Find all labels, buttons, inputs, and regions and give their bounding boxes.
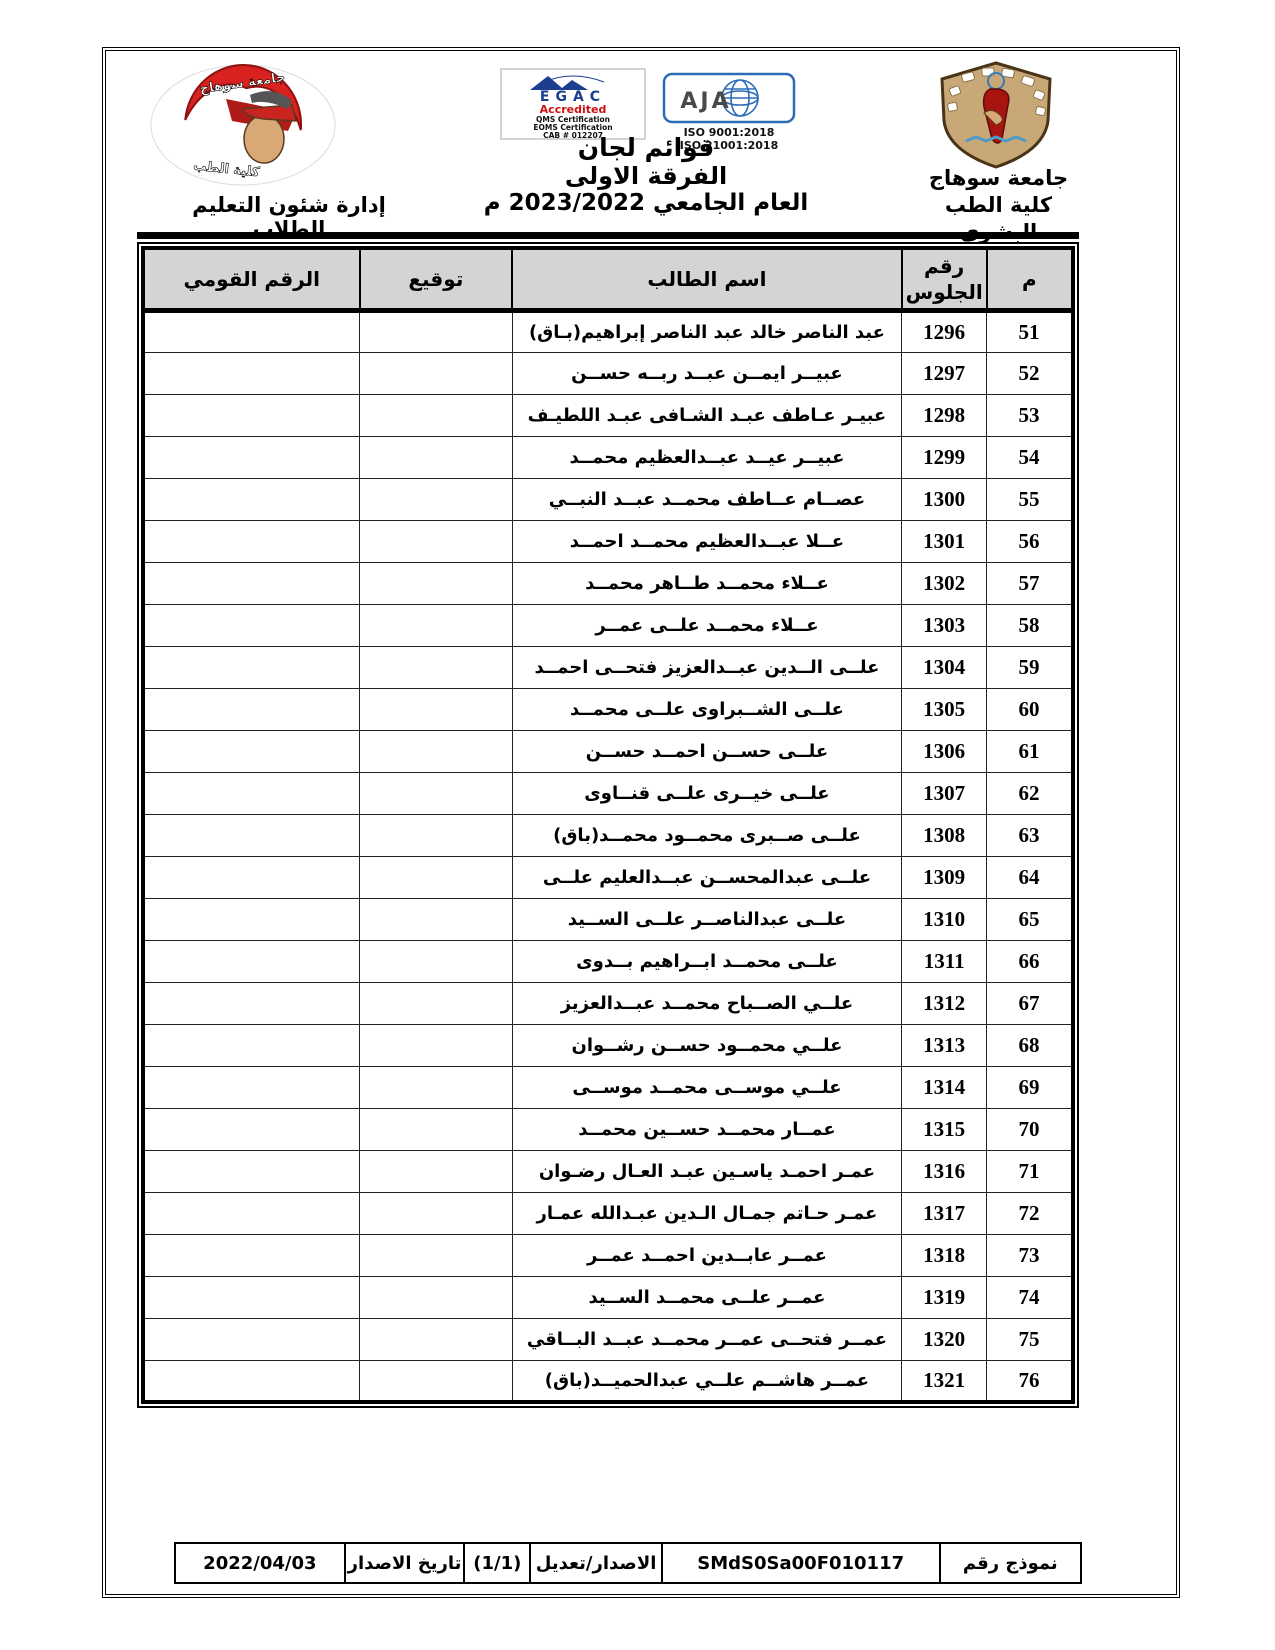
seat-number-cell: 1309 [902, 856, 987, 898]
signature-cell [360, 1108, 513, 1150]
national-id-cell [143, 856, 360, 898]
serial-header: م [987, 248, 1073, 310]
seat-number-cell: 1301 [902, 520, 987, 562]
signature-cell [360, 898, 513, 940]
title-first-year: الفرقة الاولى [406, 162, 886, 190]
seat-number-cell: 1317 [902, 1192, 987, 1234]
national-id-cell [143, 898, 360, 940]
signature-cell [360, 1192, 513, 1234]
seat-number-cell: 1306 [902, 730, 987, 772]
student-name-cell: عــلاء محمــد علــى عمــر [512, 604, 902, 646]
serial-cell: 59 [987, 646, 1073, 688]
national-id-cell [143, 1318, 360, 1360]
student-row: 571302عــلاء محمــد طــاهر محمــد [143, 562, 1073, 604]
serial-cell: 56 [987, 520, 1073, 562]
student-row: 701315عمــار محمــد حســين محمــد [143, 1108, 1073, 1150]
student-name-cell: عمــر فتحــى عمــر محمــد عبــد البــاقي [512, 1318, 902, 1360]
student-name-cell: علــى الشــبراوى علــى محمــد [512, 688, 902, 730]
serial-cell: 70 [987, 1108, 1073, 1150]
student-row: 561301عــلا عبــدالعظيم محمــد احمــد [143, 520, 1073, 562]
signature-cell [360, 1318, 513, 1360]
student-row: 671312علــي الصــباح محمــد عبــدالعزيز [143, 982, 1073, 1024]
seat-number-cell: 1313 [902, 1024, 987, 1066]
serial-cell: 76 [987, 1360, 1073, 1402]
student-row: 631308علــى صــبرى محمــود محمــد(باق) [143, 814, 1073, 856]
serial-cell: 74 [987, 1276, 1073, 1318]
signature-cell [360, 436, 513, 478]
document-title-block: قوائم لجان الفرقة الاولى العام الجامعي 2… [406, 133, 886, 216]
serial-cell: 63 [987, 814, 1073, 856]
university-name: جامعة سوهاج [906, 165, 1091, 192]
header-divider-rule [137, 232, 1079, 239]
form-metadata-row: نموذج رقم SMdS0Sa00F010117 الاصدار/تعديل… [175, 1543, 1081, 1583]
serial-cell: 55 [987, 478, 1073, 520]
issue-date-label: تاريخ الاصدار [345, 1543, 465, 1583]
national-id-cell [143, 562, 360, 604]
student-name-cell: عمــر علــى محمــد الســيد [512, 1276, 902, 1318]
national-id-cell [143, 310, 360, 352]
student-name-cell: علــي موســى محمــد موســى [512, 1066, 902, 1108]
student-row: 731318عمــر عابــدين احمــد عمــر [143, 1234, 1073, 1276]
national-id-cell [143, 352, 360, 394]
signature-cell [360, 982, 513, 1024]
signature-cell [360, 1066, 513, 1108]
committee-table: م رقم الجلوس اسم الطالب توقيع الرقم القو… [141, 246, 1075, 1404]
seat-number-cell: 1303 [902, 604, 987, 646]
serial-cell: 69 [987, 1066, 1073, 1108]
serial-cell: 72 [987, 1192, 1073, 1234]
national-id-cell [143, 646, 360, 688]
serial-cell: 71 [987, 1150, 1073, 1192]
seat-number-cell: 1300 [902, 478, 987, 520]
signature-cell [360, 1360, 513, 1402]
student-name-cell: علــى عبدالناصــر علــى الســيد [512, 898, 902, 940]
seat-number-cell: 1311 [902, 940, 987, 982]
student-row: 691314علــي موســى محمــد موســى [143, 1066, 1073, 1108]
serial-cell: 73 [987, 1234, 1073, 1276]
title-committee-lists: قوائم لجان [406, 133, 886, 162]
student-row: 681313علــي محمــود حســن رشــوان [143, 1024, 1073, 1066]
seat-number-cell: 1315 [902, 1108, 987, 1150]
seat-number-header: رقم الجلوس [902, 248, 987, 310]
seat-number-cell: 1318 [902, 1234, 987, 1276]
national-id-cell [143, 1066, 360, 1108]
student-name-cell: عمــر عابــدين احمــد عمــر [512, 1234, 902, 1276]
title-academic-year: العام الجامعي 2023/2022 م [406, 190, 886, 216]
student-row: 641309علــى عبدالمحســن عبــدالعليم علــ… [143, 856, 1073, 898]
student-name-cell: علــى حســن احمــد حســن [512, 730, 902, 772]
student-row: 601305علــى الشــبراوى علــى محمــد [143, 688, 1073, 730]
serial-cell: 52 [987, 352, 1073, 394]
signature-cell [360, 478, 513, 520]
student-row: 591304علــى الــدين عبــدالعزيز فتحــى ا… [143, 646, 1073, 688]
national-id-header: الرقم القومي [143, 248, 360, 310]
egac-accreditation-logo: EGAC Accredited QMS Certification EOMS C… [500, 68, 646, 140]
serial-cell: 58 [987, 604, 1073, 646]
student-name-cell: عــلا عبــدالعظيم محمــد احمــد [512, 520, 902, 562]
national-id-cell [143, 604, 360, 646]
student-name-cell: عبيــر عيــد عبــدالعظيم محمــد [512, 436, 902, 478]
student-name-cell: عمـر حـاتم جمـال الـدين عبـدالله عمـار [512, 1192, 902, 1234]
seat-number-cell: 1307 [902, 772, 987, 814]
national-id-cell [143, 394, 360, 436]
serial-cell: 61 [987, 730, 1073, 772]
committee-table-wrapper: م رقم الجلوس اسم الطالب توقيع الرقم القو… [137, 242, 1079, 1408]
student-row: 651310علــى عبدالناصــر علــى الســيد [143, 898, 1073, 940]
national-id-cell [143, 772, 360, 814]
student-name-cell: عمــار محمــد حســين محمــد [512, 1108, 902, 1150]
national-id-cell [143, 1192, 360, 1234]
national-id-cell [143, 982, 360, 1024]
signature-cell [360, 856, 513, 898]
signature-cell [360, 310, 513, 352]
student-row: 661311علــى محمــد ابــراهيم بــدوى [143, 940, 1073, 982]
serial-cell: 64 [987, 856, 1073, 898]
serial-cell: 75 [987, 1318, 1073, 1360]
signature-cell [360, 940, 513, 982]
seat-number-cell: 1305 [902, 688, 987, 730]
national-id-cell [143, 520, 360, 562]
student-name-cell: علــي الصــباح محمــد عبــدالعزيز [512, 982, 902, 1024]
student-name-cell: علــى الــدين عبــدالعزيز فتحــى احمــد [512, 646, 902, 688]
signature-cell [360, 562, 513, 604]
student-name-cell: علــى صــبرى محمــود محمــد(باق) [512, 814, 902, 856]
form-metadata-bar: نموذج رقم SMdS0Sa00F010117 الاصدار/تعديل… [174, 1542, 1082, 1584]
serial-cell: 53 [987, 394, 1073, 436]
student-row: 521297عبيــر ايمــن عبــد ربــه حســن [143, 352, 1073, 394]
seat-number-cell: 1310 [902, 898, 987, 940]
faculty-crescent-logo: جامعة سوهاج كلية الطب [146, 61, 341, 193]
signature-cell [360, 1024, 513, 1066]
seat-number-cell: 1299 [902, 436, 987, 478]
serial-cell: 68 [987, 1024, 1073, 1066]
serial-cell: 51 [987, 310, 1073, 352]
student-row: 751320عمــر فتحــى عمــر محمــد عبــد ال… [143, 1318, 1073, 1360]
student-name-cell: علــى عبدالمحســن عبــدالعليم علــى [512, 856, 902, 898]
student-row: 621307علــى خيــرى علــى قنــاوى [143, 772, 1073, 814]
student-row: 741319عمــر علــى محمــد الســيد [143, 1276, 1073, 1318]
student-row: 761321عمــر هاشــم علــي عبدالحميــد(باق… [143, 1360, 1073, 1402]
student-row: 721317عمـر حـاتم جمـال الـدين عبـدالله ع… [143, 1192, 1073, 1234]
national-id-cell [143, 436, 360, 478]
signature-cell [360, 1276, 513, 1318]
national-id-cell [143, 1108, 360, 1150]
serial-cell: 67 [987, 982, 1073, 1024]
student-name-cell: عمـر احمـد ياسـين عبـد العـال رضـوان [512, 1150, 902, 1192]
seat-number-cell: 1298 [902, 394, 987, 436]
student-row: 611306علــى حســن احمــد حســن [143, 730, 1073, 772]
serial-cell: 62 [987, 772, 1073, 814]
signature-cell [360, 520, 513, 562]
student-row: 551300عصــام عــاطف محمــد عبــد النبــي [143, 478, 1073, 520]
seat-number-cell: 1314 [902, 1066, 987, 1108]
issue-revision-label: الاصدار/تعديل [530, 1543, 662, 1583]
student-name-cell: علــى خيــرى علــى قنــاوى [512, 772, 902, 814]
student-row: 581303عــلاء محمــد علــى عمــر [143, 604, 1073, 646]
national-id-cell [143, 1024, 360, 1066]
serial-cell: 57 [987, 562, 1073, 604]
issue-date-value: 2022/04/03 [175, 1543, 345, 1583]
student-name-header: اسم الطالب [512, 248, 902, 310]
signature-cell [360, 394, 513, 436]
serial-cell: 60 [987, 688, 1073, 730]
seat-number-cell: 1302 [902, 562, 987, 604]
student-row: 511296عبد الناصر خالد عبد الناصر إبراهيم… [143, 310, 1073, 352]
national-id-cell [143, 1234, 360, 1276]
signature-cell [360, 1150, 513, 1192]
seat-number-cell: 1296 [902, 310, 987, 352]
seat-number-cell: 1308 [902, 814, 987, 856]
student-row: 531298عبيـر عـاطف عبـد الشـافى عبـد اللط… [143, 394, 1073, 436]
national-id-cell [143, 1276, 360, 1318]
seat-number-cell: 1316 [902, 1150, 987, 1192]
student-row: 711316عمـر احمـد ياسـين عبـد العـال رضـو… [143, 1150, 1073, 1192]
issue-revision-value: (1/1) [464, 1543, 530, 1583]
student-name-cell: عمــر هاشــم علــي عبدالحميــد(باق) [512, 1360, 902, 1402]
aja-name-text: AJA [680, 89, 731, 114]
signature-cell [360, 772, 513, 814]
seat-number-cell: 1321 [902, 1360, 987, 1402]
form-number-label: نموذج رقم [940, 1543, 1081, 1583]
seat-number-cell: 1320 [902, 1318, 987, 1360]
signature-cell [360, 604, 513, 646]
national-id-cell [143, 730, 360, 772]
form-number-value: SMdS0Sa00F010117 [662, 1543, 940, 1583]
seat-number-cell: 1297 [902, 352, 987, 394]
signature-cell [360, 352, 513, 394]
national-id-cell [143, 940, 360, 982]
student-name-cell: عبيـر عـاطف عبـد الشـافى عبـد اللطيـف [512, 394, 902, 436]
signature-header: توقيع [360, 248, 513, 310]
student-name-cell: عبد الناصر خالد عبد الناصر إبراهيم(بـاق) [512, 310, 902, 352]
student-name-cell: عــلاء محمــد طــاهر محمــد [512, 562, 902, 604]
national-id-cell [143, 1360, 360, 1402]
serial-cell: 66 [987, 940, 1073, 982]
signature-cell [360, 730, 513, 772]
page-frame: جامعة سوهاج كلية الطب إدارة شئون التعليم… [102, 47, 1180, 1598]
national-id-cell [143, 688, 360, 730]
university-shield-logo [932, 59, 1060, 171]
seat-number-cell: 1319 [902, 1276, 987, 1318]
signature-cell [360, 1234, 513, 1276]
student-name-cell: علــي محمــود حســن رشــوان [512, 1024, 902, 1066]
student-name-cell: عصــام عــاطف محمــد عبــد النبــي [512, 478, 902, 520]
student-row: 541299عبيــر عيــد عبــدالعظيم محمــد [143, 436, 1073, 478]
student-name-cell: عبيــر ايمــن عبــد ربــه حســن [512, 352, 902, 394]
national-id-cell [143, 478, 360, 520]
signature-cell [360, 814, 513, 856]
national-id-cell [143, 1150, 360, 1192]
serial-cell: 54 [987, 436, 1073, 478]
signature-cell [360, 646, 513, 688]
seat-number-cell: 1312 [902, 982, 987, 1024]
table-header-row: م رقم الجلوس اسم الطالب توقيع الرقم القو… [143, 248, 1073, 310]
serial-cell: 65 [987, 898, 1073, 940]
signature-cell [360, 688, 513, 730]
seat-number-cell: 1304 [902, 646, 987, 688]
student-name-cell: علــى محمــد ابــراهيم بــدوى [512, 940, 902, 982]
national-id-cell [143, 814, 360, 856]
